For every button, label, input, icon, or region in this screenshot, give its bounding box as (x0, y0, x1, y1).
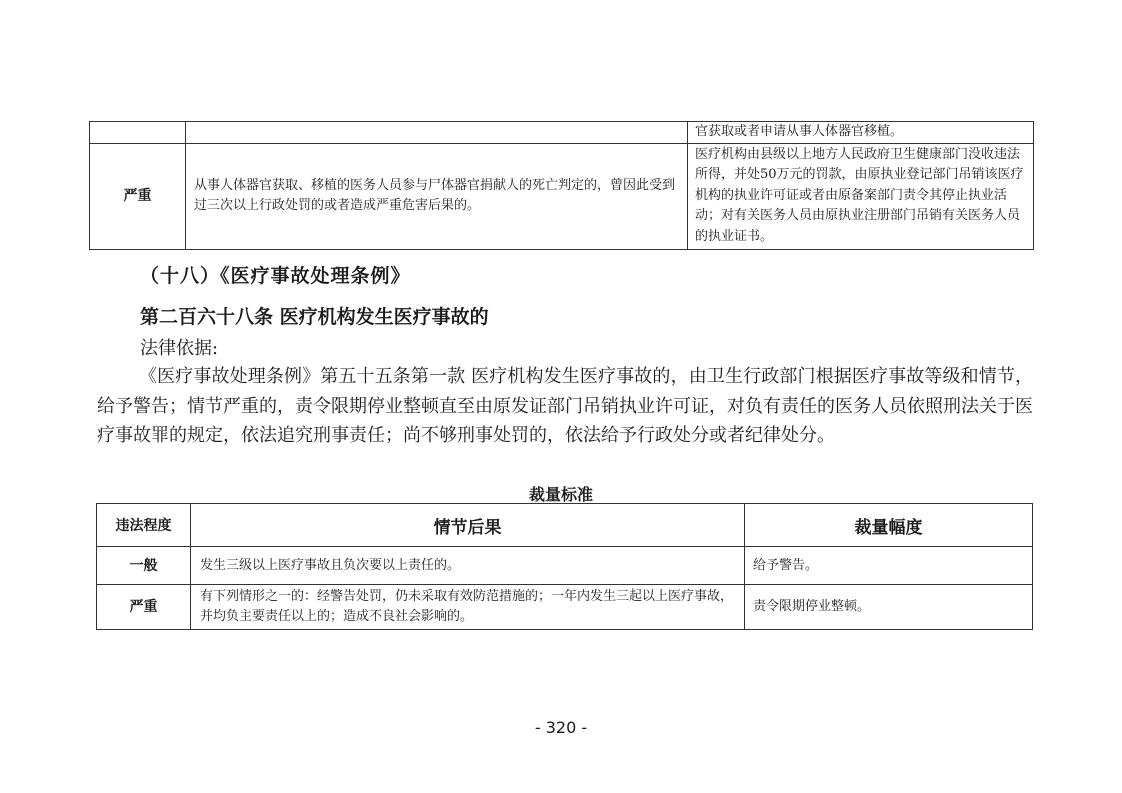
header-circumstance: 情节后果 (191, 504, 745, 547)
continued-standard-table: 官获取或者申请从事人体器官移植。 严重 从事人体器官获取、移植的医务人员参与尸体… (89, 121, 1034, 250)
legal-basis-label: 法律依据: (140, 334, 218, 360)
penalty-cell: 官获取或者申请从事人体器官移植。 (688, 122, 1034, 144)
article-heading: 第二百六十八条 医疗机构发生医疗事故的 (140, 302, 489, 329)
table-row: 一般 发生三级以上医疗事故且负次要以上责任的。 给予警告。 (97, 547, 1033, 585)
penalty-cell: 医疗机构由县级以上地方人民政府卫生健康部门没收违法所得，并处50万元的罚款，由原… (688, 143, 1034, 249)
table-row: 官获取或者申请从事人体器官移植。 (90, 122, 1034, 144)
circumstance-cell: 从事人体器官获取、移植的医务人员参与尸体器官捐献人的死亡判定的，曾因此受到过三次… (186, 143, 688, 249)
table-row: 严重 从事人体器官获取、移植的医务人员参与尸体器官捐献人的死亡判定的，曾因此受到… (90, 143, 1034, 249)
page-number: - 320 - (0, 718, 1122, 737)
table-caption: 裁量标准 (0, 482, 1122, 505)
degree-cell: 一般 (97, 547, 191, 585)
degree-cell: 严重 (97, 585, 191, 630)
circumstance-cell: 发生三级以上医疗事故且负次要以上责任的。 (191, 547, 745, 585)
legal-basis-paragraph: 《医疗事故处理条例》第五十五条第一款 医疗机构发生医疗事故的，由卫生行政部门根据… (97, 362, 1033, 451)
penalty-cell: 责令限期停业整顿。 (745, 585, 1033, 630)
circumstance-cell (186, 122, 688, 144)
penalty-cell: 给予警告。 (745, 547, 1033, 585)
section-heading: （十八）《医疗事故处理条例》 (140, 261, 411, 288)
header-degree: 违法程度 (97, 504, 191, 547)
table-header-row: 违法程度 情节后果 裁量幅度 (97, 504, 1033, 547)
header-penalty: 裁量幅度 (745, 504, 1033, 547)
table-row: 严重 有下列情形之一的：经警告处罚，仍未采取有效防范措施的；一年内发生三起以上医… (97, 585, 1033, 630)
degree-cell: 严重 (90, 143, 186, 249)
degree-cell (90, 122, 186, 144)
standard-table: 违法程度 情节后果 裁量幅度 一般 发生三级以上医疗事故且负次要以上责任的。 给… (96, 503, 1033, 630)
circumstance-cell: 有下列情形之一的：经警告处罚，仍未采取有效防范措施的；一年内发生三起以上医疗事故… (191, 585, 745, 630)
